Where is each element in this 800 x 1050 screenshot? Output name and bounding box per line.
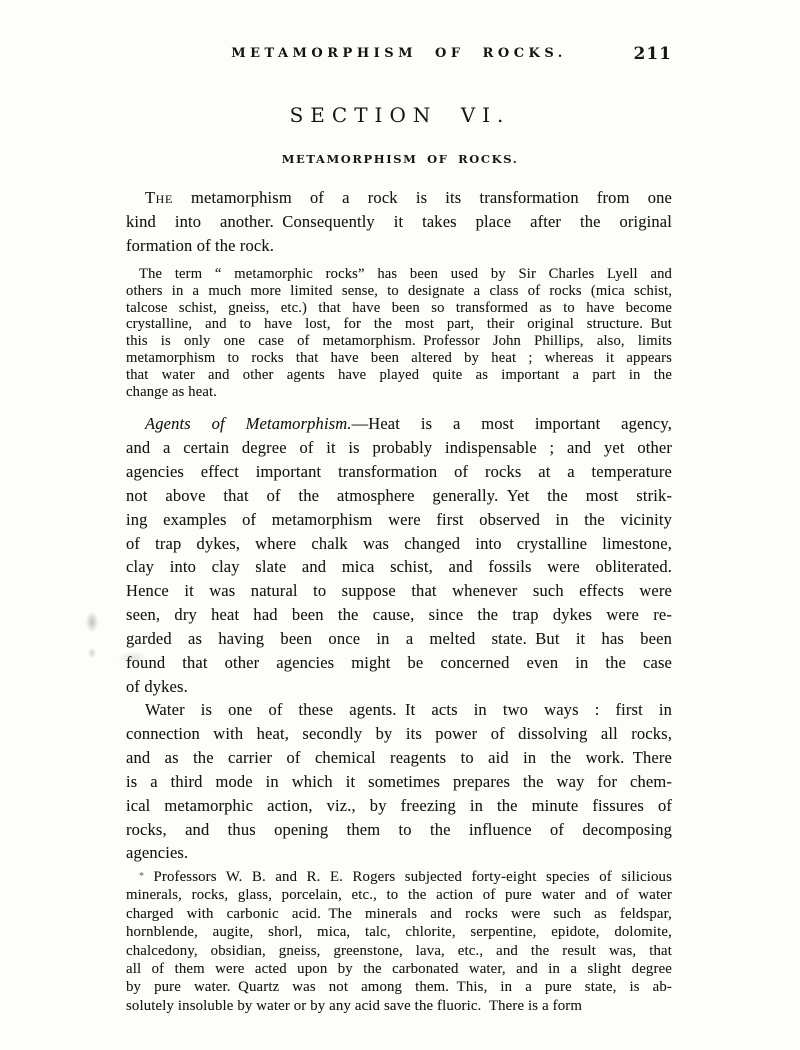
text-line-rest: metamorphism of a rock is its transforma… bbox=[173, 188, 672, 207]
text-line: * Professors W. B. and R. E. Rogers subj… bbox=[126, 868, 672, 886]
text-line: chalcedony, obsidian, gneiss, greenstone… bbox=[126, 942, 672, 960]
text-line: Water is one of these agents. It acts in… bbox=[126, 698, 672, 722]
text-line: formation of the rock. bbox=[126, 234, 672, 258]
text-line: all of them were acted upon by the carbo… bbox=[126, 960, 672, 978]
intro-paragraph: The metamorphism of a rock is its transf… bbox=[126, 186, 672, 258]
text-line: metamorphism to rocks that have been alt… bbox=[126, 350, 672, 367]
text-line: not above that of the atmosphere general… bbox=[126, 484, 672, 508]
text-line: that water and other agents have played … bbox=[126, 367, 672, 384]
page-number: 211 bbox=[634, 44, 673, 64]
book-page: METAMORPHISM OF ROCKS. 211 SECTION VI. M… bbox=[0, 0, 800, 1050]
water-paragraph: Water is one of these agents. It acts in… bbox=[126, 698, 672, 865]
text-line: The metamorphism of a rock is its transf… bbox=[126, 186, 672, 210]
small-caps-lead: The bbox=[145, 188, 173, 207]
text-line: The term “ metamorphic rocks” has been u… bbox=[126, 266, 672, 283]
text-line: connection with heat, secondly by its po… bbox=[126, 722, 672, 746]
text-line: Hence it was natural to suppose that whe… bbox=[126, 579, 672, 603]
paragraph-lead-italic: Agents of Metamorphism. bbox=[145, 414, 352, 433]
text-line-rest: —Heat is a most important agency, bbox=[352, 414, 672, 433]
text-line: kind into another. Consequently it takes… bbox=[126, 210, 672, 234]
text-line: ing examples of metamorphism were first … bbox=[126, 508, 672, 532]
text-line: change as heat. bbox=[126, 384, 672, 401]
text-line: agencies effect important transformation… bbox=[126, 460, 672, 484]
scan-artifact bbox=[118, 652, 148, 664]
scan-artifact bbox=[86, 612, 98, 632]
text-line: garded as having been once in a melted s… bbox=[126, 627, 672, 651]
text-line: ical metamorphic action, viz., by freezi… bbox=[126, 794, 672, 818]
text-line: rocks, and thus opening them to the infl… bbox=[126, 818, 672, 842]
text-line: found that other agencies might be conce… bbox=[126, 651, 672, 675]
text-line: solutely insoluble by water or by any ac… bbox=[126, 997, 672, 1015]
agents-paragraph: Agents of Metamorphism.—Heat is a most i… bbox=[126, 412, 672, 699]
text-line: minerals, rocks, glass, porcelain, etc.,… bbox=[126, 886, 672, 904]
text-line: by pure water. Quartz was not among them… bbox=[126, 978, 672, 996]
footnote-marker: * bbox=[139, 871, 144, 882]
text-line: and as the carrier of chemical reagents … bbox=[126, 746, 672, 770]
text-line: Agents of Metamorphism.—Heat is a most i… bbox=[126, 412, 672, 436]
text-line-rest: Professors W. B. and R. E. Rogers subjec… bbox=[144, 869, 672, 885]
text-line: crystalline, and to have lost, for the m… bbox=[126, 316, 672, 333]
section-title: SECTION VI. bbox=[0, 103, 800, 127]
text-line: seen, dry heat had been the cause, since… bbox=[126, 603, 672, 627]
chapter-heading: METAMORPHISM OF ROCKS. bbox=[0, 152, 800, 166]
text-line: clay into clay slate and mica schist, an… bbox=[126, 555, 672, 579]
footnote: * Professors W. B. and R. E. Rogers subj… bbox=[126, 868, 672, 1015]
limited-sense-note: The term “ metamorphic rocks” has been u… bbox=[126, 266, 672, 400]
text-line: this is only one case of metamorphism. P… bbox=[126, 333, 672, 350]
scan-artifact bbox=[88, 648, 96, 658]
text-line: charged with carbonic acid. The minerals… bbox=[126, 905, 672, 923]
text-line: agencies. bbox=[126, 841, 672, 865]
text-line: of dykes. bbox=[126, 675, 672, 699]
text-line: of trap dykes, where chalk was changed i… bbox=[126, 532, 672, 556]
text-line: others in a much more limited sense, to … bbox=[126, 283, 672, 300]
text-line: talcose schist, gneiss, etc.) that have … bbox=[126, 300, 672, 317]
text-line: and a certain degree of it is probably i… bbox=[126, 436, 672, 460]
text-line: hornblende, augite, shorl, mica, talc, c… bbox=[126, 923, 672, 941]
running-head: METAMORPHISM OF ROCKS. bbox=[126, 46, 672, 61]
text-line: is a third mode in which it sometimes pr… bbox=[126, 770, 672, 794]
